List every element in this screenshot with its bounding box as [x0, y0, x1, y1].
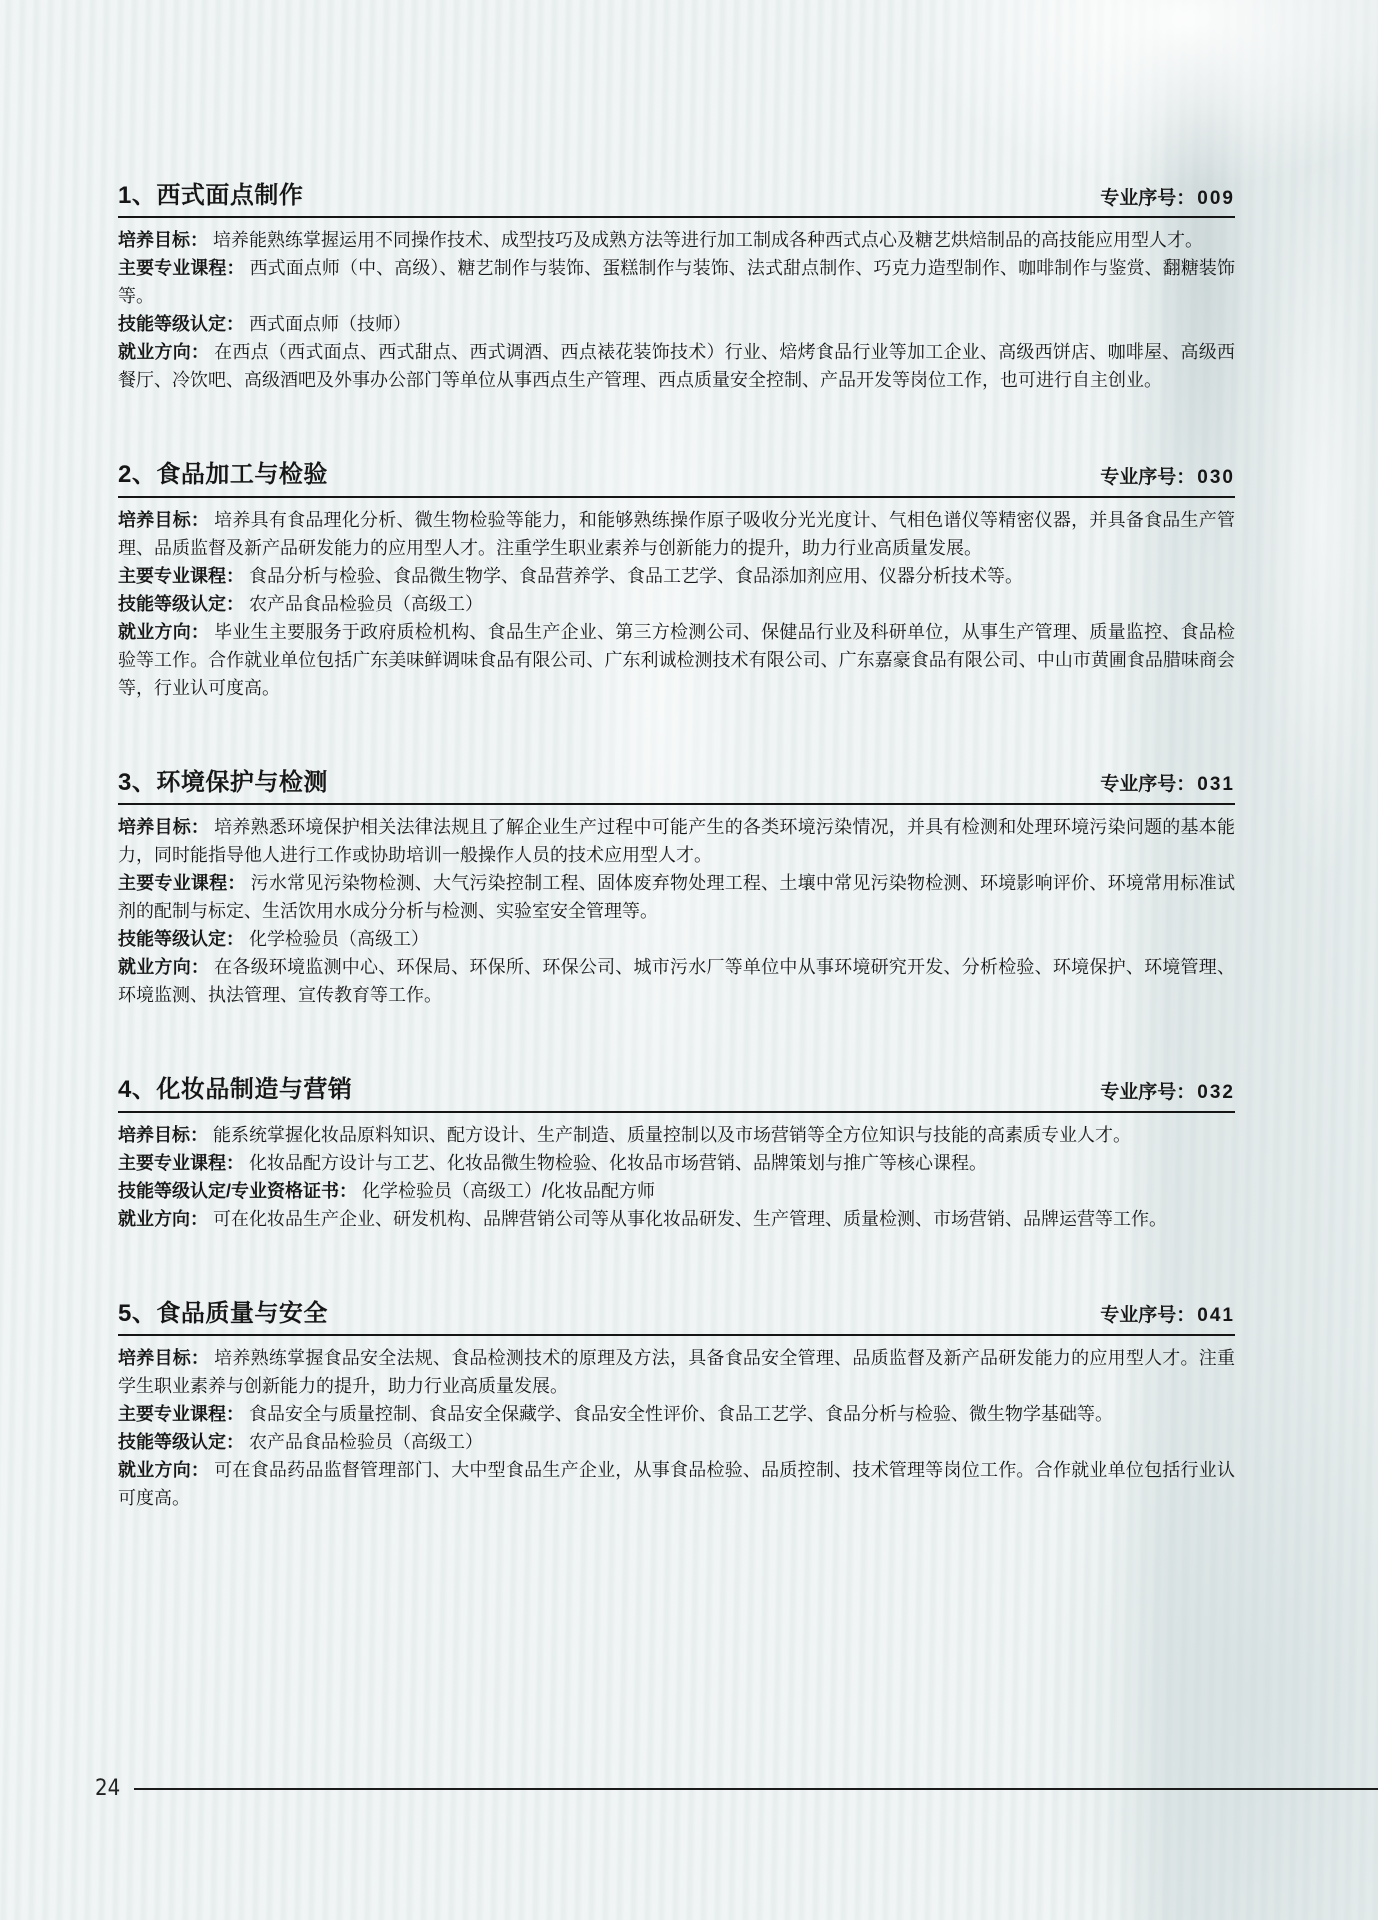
- program-serial: 专业序号：031: [1100, 775, 1235, 796]
- field-label: 技能等级认定：: [118, 1432, 249, 1452]
- program-header: 2、食品加工与检验 专业序号：030: [118, 462, 1235, 497]
- program-body: 培养目标：培养熟悉环境保护相关法律法规且了解企业生产过程中可能产生的各类环境污染…: [118, 805, 1235, 1009]
- field-row: 技能等级认定：农产品食品检验员（高级工）: [118, 1428, 1235, 1456]
- field-row: 就业方向：可在化妆品生产企业、研发机构、品牌营销公司等从事化妆品研发、生产管理、…: [118, 1205, 1235, 1233]
- program-title: 5、食品质量与安全: [118, 1301, 328, 1327]
- field-text: 培养能熟练掌握运用不同操作技术、成型技巧及成熟方法等进行加工制成各种西式点心及糖…: [213, 230, 1203, 250]
- page-number: 24: [95, 1776, 120, 1801]
- field-label: 就业方向：: [118, 1460, 214, 1480]
- program-header: 3、环境保护与检测 专业序号：031: [118, 770, 1235, 805]
- serial-number: 031: [1197, 774, 1235, 795]
- page-content: 1、西式面点制作 专业序号：009 培养目标：培养能熟练掌握运用不同操作技术、成…: [0, 183, 1378, 1512]
- serial-number: 030: [1197, 467, 1235, 488]
- field-label: 培养目标：: [118, 1125, 213, 1145]
- field-text: 能系统掌握化妆品原料知识、配方设计、生产制造、质量控制以及市场营销等全方位知识与…: [213, 1125, 1131, 1145]
- field-row: 培养目标：能系统掌握化妆品原料知识、配方设计、生产制造、质量控制以及市场营销等全…: [118, 1121, 1235, 1149]
- serial-number: 032: [1197, 1082, 1235, 1103]
- field-row: 主要专业课程：污水常见污染物检测、大气污染控制工程、固体废弃物处理工程、土壤中常…: [118, 869, 1235, 925]
- serial-label: 专业序号：: [1100, 1082, 1195, 1103]
- field-row: 培养目标：培养熟悉环境保护相关法律法规且了解企业生产过程中可能产生的各类环境污染…: [118, 813, 1235, 869]
- field-label: 就业方向：: [118, 1209, 213, 1229]
- field-label: 主要专业课程：: [118, 258, 250, 278]
- field-row: 培养目标：培养具有食品理化分析、微生物检验等能力，和能够熟练操作原子吸收分光光度…: [118, 506, 1235, 562]
- program-body: 培养目标：培养具有食品理化分析、微生物检验等能力，和能够熟练操作原子吸收分光光度…: [118, 498, 1235, 702]
- field-text: 农产品食品检验员（高级工）: [249, 594, 483, 614]
- field-row: 技能等级认定：化学检验员（高级工）: [118, 925, 1235, 953]
- field-row: 就业方向：毕业生主要服务于政府质检机构、食品生产企业、第三方检测公司、保健品行业…: [118, 618, 1235, 702]
- field-text: 培养熟练掌握食品安全法规、食品检测技术的原理及方法，具备食品安全管理、品质监督及…: [118, 1348, 1235, 1396]
- field-row: 技能等级认定：西式面点师（技师）: [118, 310, 1235, 338]
- field-row: 主要专业课程：西式面点师（中、高级）、糖艺制作与装饰、蛋糕制作与装饰、法式甜点制…: [118, 254, 1235, 310]
- serial-label: 专业序号：: [1100, 188, 1195, 209]
- field-text: 化学检验员（高级工）: [249, 929, 429, 949]
- field-label: 主要专业课程：: [118, 566, 249, 586]
- field-text: 化妆品配方设计与工艺、化妆品微生物检验、化妆品市场营销、品牌策划与推广等核心课程…: [249, 1153, 987, 1173]
- program-header: 5、食品质量与安全 专业序号：041: [118, 1301, 1235, 1336]
- field-text: 在各级环境监测中心、环保局、环保所、环保公司、城市污水厂等单位中从事环境研究开发…: [118, 957, 1235, 1005]
- program-body: 培养目标：能系统掌握化妆品原料知识、配方设计、生产制造、质量控制以及市场营销等全…: [118, 1113, 1235, 1233]
- field-label: 培养目标：: [118, 510, 214, 530]
- program-section: 2、食品加工与检验 专业序号：030 培养目标：培养具有食品理化分析、微生物检验…: [118, 462, 1235, 701]
- field-label: 技能等级认定：: [118, 929, 249, 949]
- serial-number: 041: [1197, 1305, 1235, 1326]
- program-body: 培养目标：培养能熟练掌握运用不同操作技术、成型技巧及成熟方法等进行加工制成各种西…: [118, 218, 1235, 394]
- footer-rule: [134, 1788, 1378, 1790]
- field-label: 培养目标：: [118, 817, 214, 837]
- field-text: 培养具有食品理化分析、微生物检验等能力，和能够熟练操作原子吸收分光光度计、气相色…: [118, 510, 1235, 558]
- program-serial: 专业序号：030: [1100, 468, 1235, 489]
- field-text: 西式面点师（技师）: [249, 314, 411, 334]
- field-text: 污水常见污染物检测、大气污染控制工程、固体废弃物处理工程、土壤中常见污染物检测、…: [118, 873, 1235, 921]
- field-label: 就业方向：: [118, 342, 214, 362]
- field-row: 技能等级认定：农产品食品检验员（高级工）: [118, 590, 1235, 618]
- field-text: 化学检验员（高级工）/化妆品配方师: [362, 1181, 655, 1201]
- field-row: 主要专业课程：食品分析与检验、食品微生物学、食品营养学、食品工艺学、食品添加剂应…: [118, 562, 1235, 590]
- field-label: 技能等级认定/专业资格证书：: [118, 1181, 362, 1201]
- program-header: 1、西式面点制作 专业序号：009: [118, 183, 1235, 218]
- serial-label: 专业序号：: [1100, 467, 1195, 488]
- program-section: 1、西式面点制作 专业序号：009 培养目标：培养能熟练掌握运用不同操作技术、成…: [118, 183, 1235, 394]
- program-body: 培养目标：培养熟练掌握食品安全法规、食品检测技术的原理及方法，具备食品安全管理、…: [118, 1336, 1235, 1512]
- serial-label: 专业序号：: [1100, 774, 1195, 795]
- program-serial: 专业序号：041: [1100, 1306, 1235, 1327]
- program-section: 3、环境保护与检测 专业序号：031 培养目标：培养熟悉环境保护相关法律法规且了…: [118, 770, 1235, 1009]
- field-label: 主要专业课程：: [118, 1404, 249, 1424]
- program-header: 4、化妆品制造与营销 专业序号：032: [118, 1077, 1235, 1112]
- program-section: 5、食品质量与安全 专业序号：041 培养目标：培养熟练掌握食品安全法规、食品检…: [118, 1301, 1235, 1512]
- program-serial: 专业序号：009: [1100, 189, 1235, 210]
- program-serial: 专业序号：032: [1100, 1083, 1235, 1104]
- field-row: 培养目标：培养能熟练掌握运用不同操作技术、成型技巧及成熟方法等进行加工制成各种西…: [118, 226, 1235, 254]
- field-label: 主要专业课程：: [118, 873, 251, 893]
- field-row: 主要专业课程：食品安全与质量控制、食品安全保藏学、食品安全性评价、食品工艺学、食…: [118, 1400, 1235, 1428]
- field-label: 培养目标：: [118, 1348, 214, 1368]
- program-title: 3、环境保护与检测: [118, 770, 328, 796]
- field-text: 农产品食品检验员（高级工）: [249, 1432, 483, 1452]
- field-text: 食品安全与质量控制、食品安全保藏学、食品安全性评价、食品工艺学、食品分析与检验、…: [249, 1404, 1113, 1424]
- field-row: 就业方向：在各级环境监测中心、环保局、环保所、环保公司、城市污水厂等单位中从事环…: [118, 953, 1235, 1009]
- program-title: 1、西式面点制作: [118, 183, 303, 209]
- field-text: 培养熟悉环境保护相关法律法规且了解企业生产过程中可能产生的各类环境污染情况，并具…: [118, 817, 1235, 865]
- field-text: 可在食品药品监督管理部门、大中型食品生产企业，从事食品检验、品质控制、技术管理等…: [118, 1460, 1235, 1508]
- field-row: 技能等级认定/专业资格证书：化学检验员（高级工）/化妆品配方师: [118, 1177, 1235, 1205]
- field-text: 在西点（西式面点、西式甜点、西式调酒、西点裱花装饰技术）行业、焙烤食品行业等加工…: [118, 342, 1235, 390]
- serial-label: 专业序号：: [1100, 1305, 1195, 1326]
- field-label: 技能等级认定：: [118, 314, 249, 334]
- program-title: 2、食品加工与检验: [118, 462, 328, 488]
- field-label: 就业方向：: [118, 622, 214, 642]
- program-section: 4、化妆品制造与营销 专业序号：032 培养目标：能系统掌握化妆品原料知识、配方…: [118, 1077, 1235, 1232]
- field-label: 就业方向：: [118, 957, 214, 977]
- field-label: 培养目标：: [118, 230, 213, 250]
- field-text: 食品分析与检验、食品微生物学、食品营养学、食品工艺学、食品添加剂应用、仪器分析技…: [249, 566, 1023, 586]
- field-label: 主要专业课程：: [118, 1153, 249, 1173]
- field-row: 就业方向：可在食品药品监督管理部门、大中型食品生产企业，从事食品检验、品质控制、…: [118, 1456, 1235, 1512]
- field-row: 培养目标：培养熟练掌握食品安全法规、食品检测技术的原理及方法，具备食品安全管理、…: [118, 1344, 1235, 1400]
- serial-number: 009: [1197, 188, 1235, 209]
- field-text: 毕业生主要服务于政府质检机构、食品生产企业、第三方检测公司、保健品行业及科研单位…: [118, 622, 1235, 698]
- field-row: 就业方向：在西点（西式面点、西式甜点、西式调酒、西点裱花装饰技术）行业、焙烤食品…: [118, 338, 1235, 394]
- program-title: 4、化妆品制造与营销: [118, 1077, 352, 1103]
- field-text: 可在化妆品生产企业、研发机构、品牌营销公司等从事化妆品研发、生产管理、质量检测、…: [213, 1209, 1167, 1229]
- field-text: 西式面点师（中、高级）、糖艺制作与装饰、蛋糕制作与装饰、法式甜点制作、巧克力造型…: [118, 258, 1235, 306]
- field-label: 技能等级认定：: [118, 594, 249, 614]
- field-row: 主要专业课程：化妆品配方设计与工艺、化妆品微生物检验、化妆品市场营销、品牌策划与…: [118, 1149, 1235, 1177]
- page-footer: 24: [95, 1776, 1378, 1801]
